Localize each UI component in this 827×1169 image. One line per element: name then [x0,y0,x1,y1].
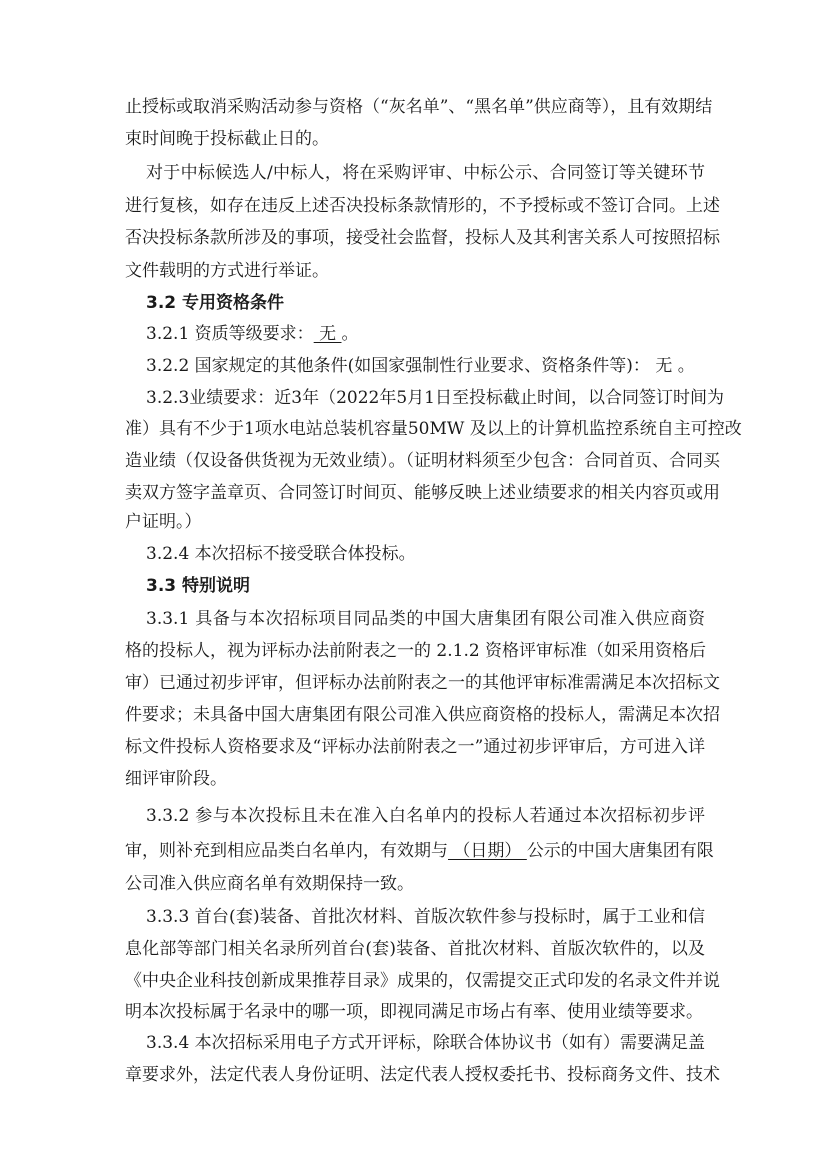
item-3-3-1-line: 细评审阶段。 [125,768,705,790]
paragraph-line: 文件载明的方式进行举证。 [125,260,705,282]
paragraph-line: 对于中标候选人/中标人，将在采购评审、中标公示、合同签订等关键环节 [146,162,705,184]
text-segment: 审，则补充到相应品类白名单内，有效期与 [125,841,448,861]
item-3-3-1-line: 审）已通过初步评审，但评标办法前附表之一的其他评审标准需满足本次招标文 [125,672,705,694]
item-3-3-1-line: 件要求；未具备中国大唐集团有限公司准入供应商资格的投标人，需满足本次招 [125,704,705,726]
date-blank: （日期） [448,841,527,861]
item-3-3-1-line: 标文件投标人资格要求及“评标办法前附表之一”通过初步评审后，方可进入详 [125,736,705,758]
item-3-2-3-line: 3.2.3业绩要求：近3年（2022年5月1日至投标截止时间，以合同签订时间为 [146,387,705,409]
item-3-3-4-line: 3.3.4 本次招标采用电子方式开评标，除联合体协议书（如有）需要满足盖 [146,1032,705,1054]
item-3-3-3-line: 息化部等部门相关名录所列首台(套)装备、首批次材料、首版次软件的，以及 [125,938,705,960]
punctuation: 。 [678,356,695,376]
item-3-3-2-line: 公司准入供应商名单有效期保持一致。 [125,873,705,895]
item-3-2-3-line: 户证明。） [125,511,705,533]
item-label: 3.2.1 资质等级要求： [146,324,314,344]
document-page: 止授标或取消采购活动参与资格（“灰名单”、“黑名单”供应商等），且有效期结 束时… [0,0,827,1169]
item-3-2-3-line: 卖双方签字盖章页、合同签订时间页、能够反映上述业绩要求的相关内容页或用 [125,482,705,504]
item-3-3-3-line: 明本次投标属于名录中的哪一项，即视同满足市场占有率、使用业绩等要求。 [125,1001,705,1023]
paragraph-line: 止授标或取消采购活动参与资格（“灰名单”、“黑名单”供应商等），且有效期结 [125,96,705,118]
section-heading-3-3: 3.3 特别说明 [146,575,705,597]
paragraph-line: 束时间晚于投标截止日的。 [125,128,705,150]
text-segment: 公示的中国大唐集团有限 [527,841,714,861]
item-3-2-3-line: 造业绩（仅设备供货视为无效业绩）。（证明材料须至少包含：合同首页、合同买 [125,450,705,472]
item-label: 3.2.2 国家规定的其他条件(如国家强制性行业要求、资格条件等)： [146,356,650,376]
paragraph-line: 否决投标条款所涉及的事项，接受社会监督，投标人及其利害关系人可按照招标 [125,227,705,249]
item-3-3-1-line: 格的投标人，视为评标办法前附表之一的 2.1.2 资格评审标准（如采用资格后 [125,640,705,662]
item-3-3-2-line: 3.3.2 参与本次投标且未在准入白名单内的投标人若通过本次招标初步评 [146,805,705,827]
item-3-3-1-line: 3.3.1 具备与本次招标项目同品类的中国大唐集团有限公司准入供应商资 [146,608,705,630]
item-3-3-3-line: 3.3.3 首台(套)装备、首批次材料、首版次软件参与投标时，属于工业和信 [146,906,705,928]
paragraph-line: 进行复核，如存在违反上述否决投标条款情形的，不予授标或不签订合同。上述 [125,195,705,217]
item-3-2-1: 3.2.1 资质等级要求： 无 。 [146,323,705,345]
item-3-2-3-line: 准）具有不少于1项水电站总装机容量50MW 及以上的计算机监控系统自主可控改 [125,418,705,440]
underlined-value: 无 [314,324,342,344]
punctuation: 。 [341,324,358,344]
item-3-3-4-line: 章要求外，法定代表人身份证明、法定代表人授权委托书、投标商务文件、技术 [125,1064,705,1086]
item-3-3-2-line: 审，则补充到相应品类白名单内，有效期与 （日期） 公示的中国大唐集团有限 [125,840,705,862]
item-3-3-3-line: 《中央企业科技创新成果推荐目录》成果的，仅需提交正式印发的名录文件并说 [125,970,705,992]
value: 无 [650,356,678,376]
item-3-2-2: 3.2.2 国家规定的其他条件(如国家强制性行业要求、资格条件等)： 无 。 [146,355,705,377]
section-heading-3-2: 3.2 专用资格条件 [146,292,705,314]
item-3-2-4: 3.2.4 本次招标不接受联合体投标。 [146,543,705,565]
